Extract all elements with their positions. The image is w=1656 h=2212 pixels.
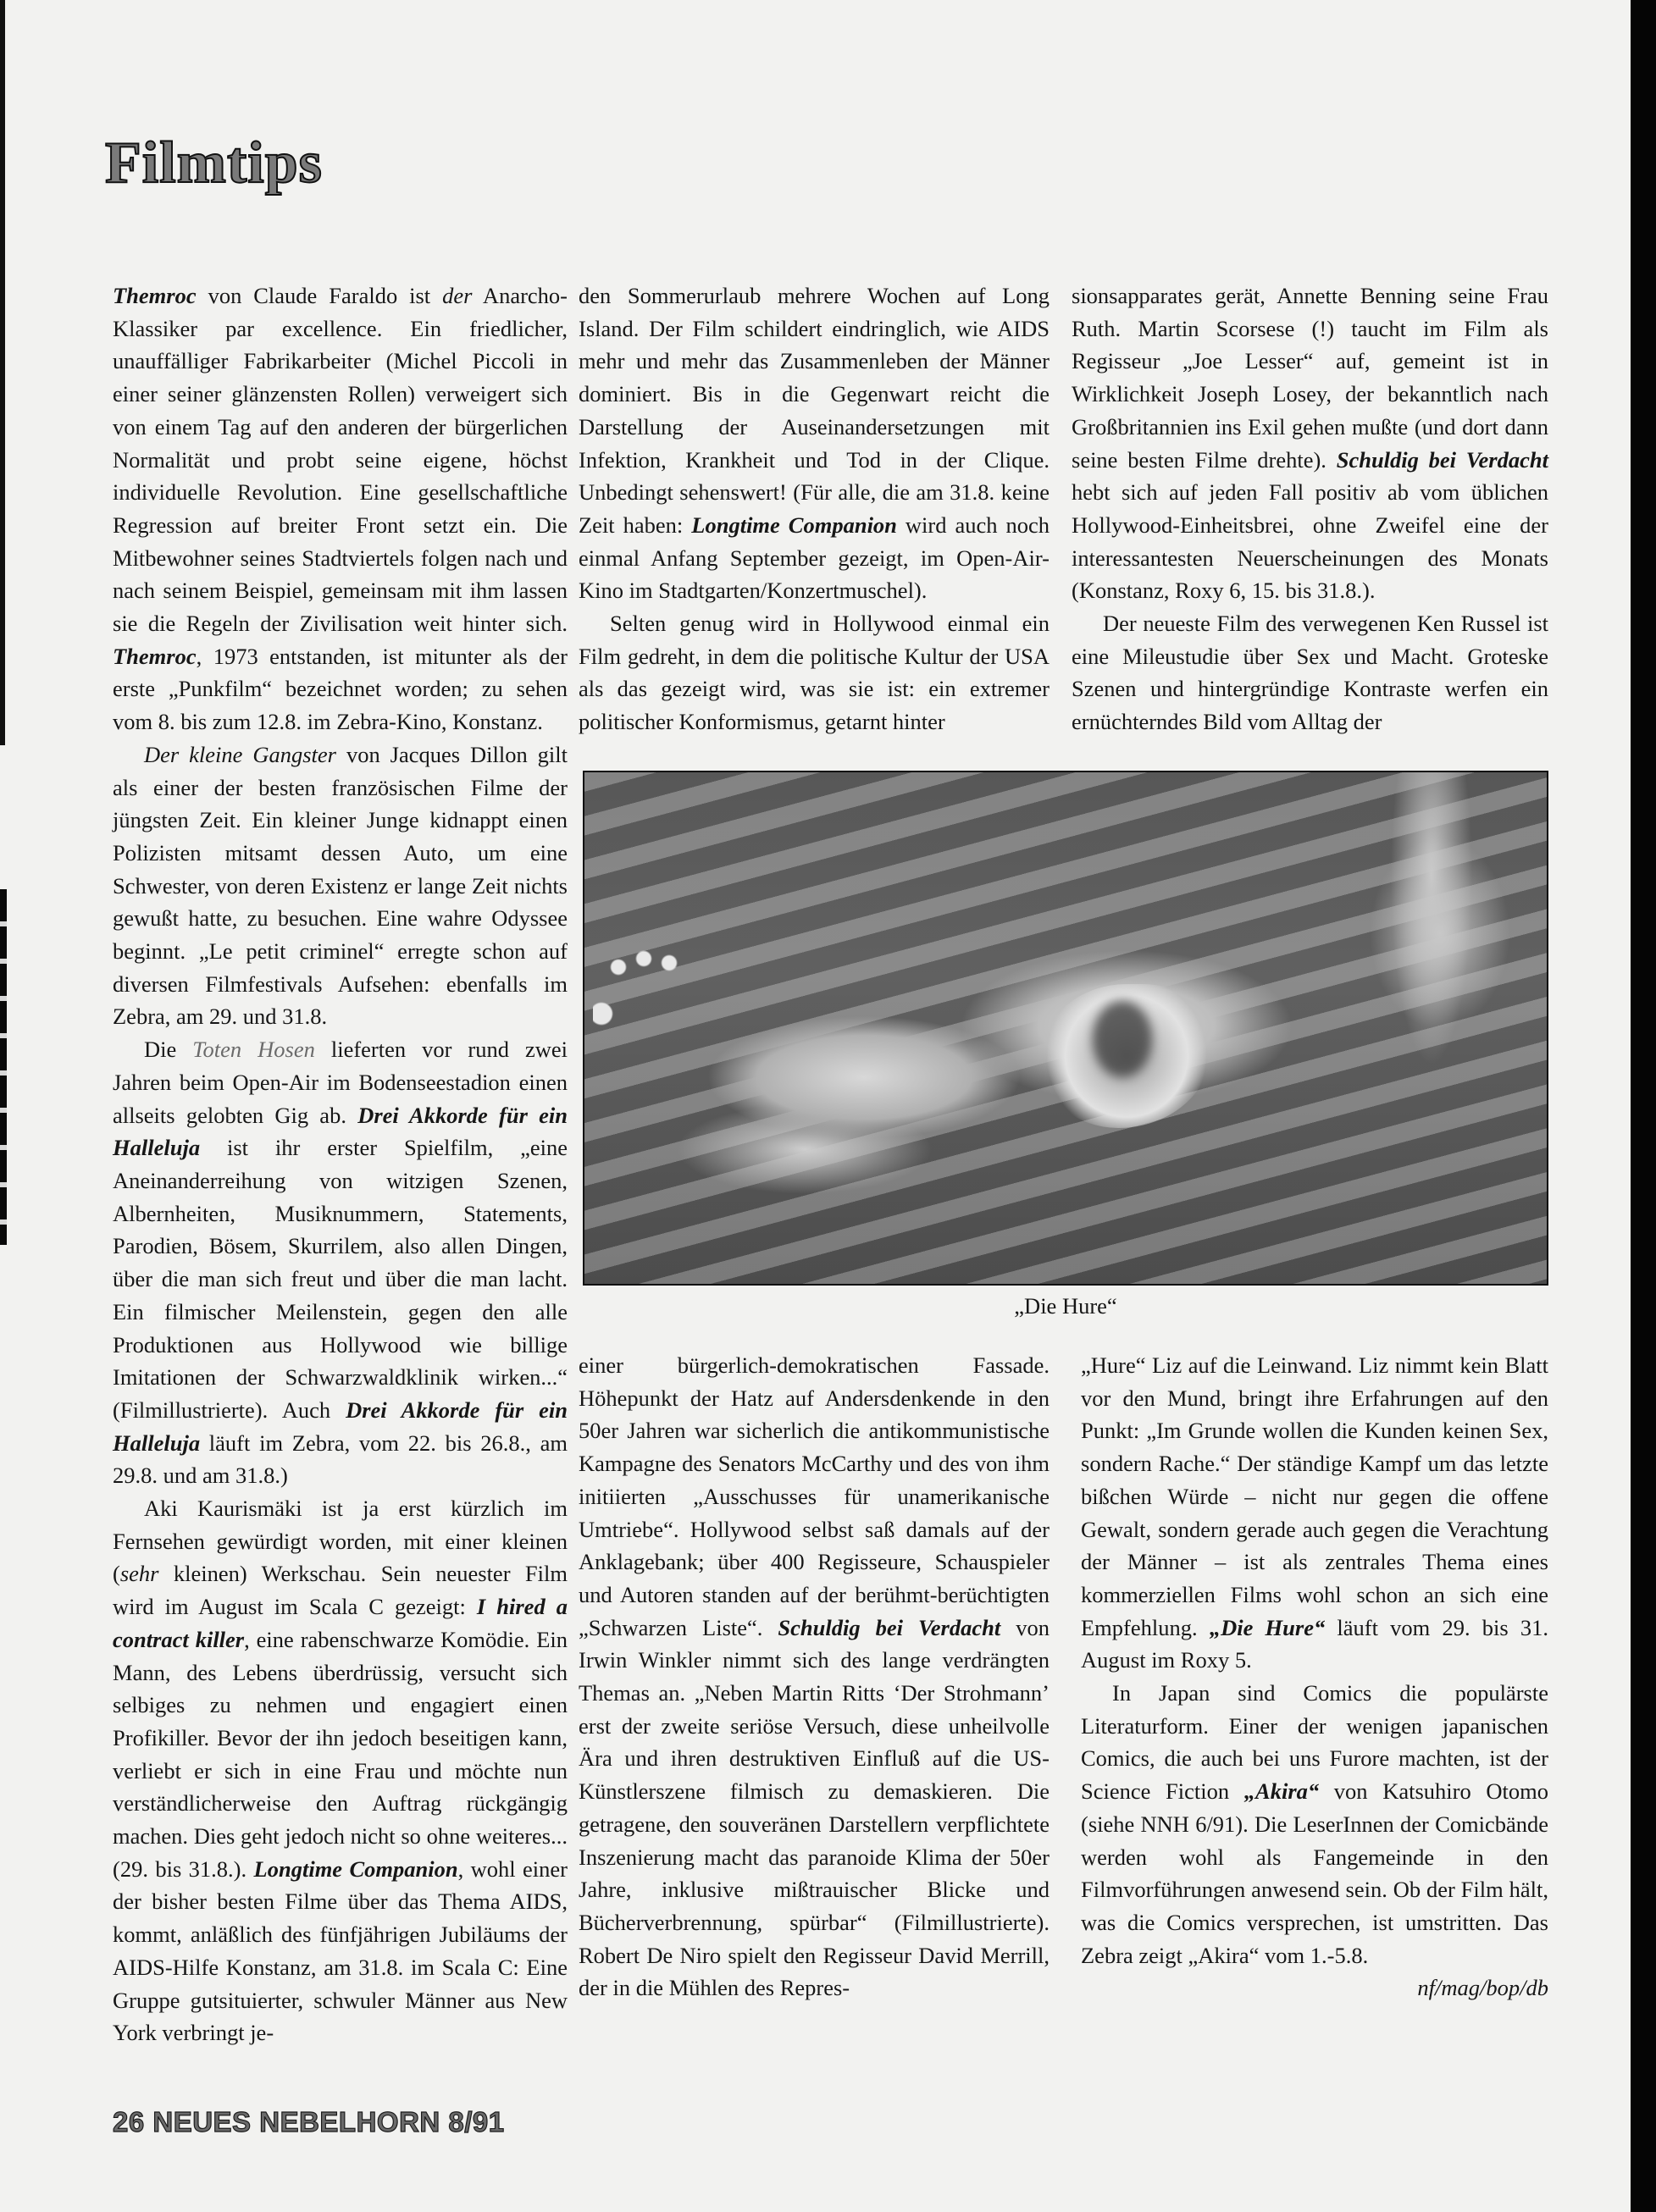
film-title: Themroc [113, 644, 197, 669]
text: von Claude Faraldo ist [197, 283, 443, 308]
film-title: Longtime Companion [691, 512, 897, 538]
scan-border-right [1631, 0, 1656, 2212]
text: „Hure“ Liz auf die Leinwand. Liz nimmt k… [1081, 1352, 1548, 1640]
paragraph-hollywood: Selten genug wird in Hollywood einmal ei… [579, 607, 1050, 738]
page-title: Filmtips [105, 134, 323, 193]
text: von Katsuhiro Otomo (siehe NNH 6/91). Di… [1081, 1778, 1548, 1968]
page-footer: 26 NEUES NEBELHORN 8/91 [113, 2106, 505, 2138]
film-title: Longtime Companion [254, 1856, 458, 1882]
scan-border-left-marks [0, 889, 7, 1245]
text: Der neueste Film des verwegenen Ken Russ… [1072, 611, 1548, 734]
text: einer bürgerlich-demokratischen Fassade.… [579, 1352, 1050, 1640]
film-title: „Akira“ [1244, 1778, 1319, 1804]
paragraph-mccarthy: einer bürgerlich-demokratischen Fassade.… [579, 1349, 1050, 2005]
band-name: Toten Hosen [192, 1037, 315, 1062]
text: , wohl einer der bisher besten Filme übe… [113, 1856, 568, 2046]
film-title: Der kleine Gangster [144, 742, 336, 767]
author-credits: nf/mag/bop/db [1081, 1971, 1548, 2005]
text: Selten genug wird in Hollywood einmal ei… [579, 611, 1050, 734]
text: Die [144, 1037, 192, 1062]
paragraph-kleine-gangster: Der kleine Gangster von Jacques Dillon g… [113, 738, 568, 1033]
text: hebt sich auf jeden Fall positiv ab vom … [1072, 479, 1548, 603]
paragraph-kaurismaki: Aki Kaurismäki ist ja erst kürzlich im F… [113, 1492, 568, 2049]
film-still-photo [583, 771, 1548, 1286]
photo-shadow [1093, 1001, 1152, 1077]
text: , eine rabenschwarze Komödie. Ein Mann, … [113, 1627, 568, 1882]
text: den Sommerurlaub mehrere Wochen auf Long… [579, 283, 1050, 538]
paragraph-schuldig: sionsapparates gerät, Annette Benning se… [1072, 279, 1548, 607]
film-title: Themroc [113, 283, 197, 308]
article-column-2-bottom: einer bürgerlich-demokratischen Fassade.… [579, 1349, 1050, 2005]
emphasis: der [442, 283, 472, 308]
article-column-2-top: den Sommerurlaub mehrere Wochen auf Long… [579, 279, 1050, 738]
paragraph-die-hure: „Hure“ Liz auf die Leinwand. Liz nimmt k… [1081, 1349, 1548, 1677]
text: sionsapparates gerät, Annette Benning se… [1072, 283, 1548, 473]
text: ist ihr erster Spielfilm, „eine Aneinand… [113, 1135, 568, 1423]
photo-highlight [593, 933, 745, 1035]
text: von Jacques Dillon gilt als einer der be… [113, 742, 568, 1030]
film-title: Schuldig bei Verdacht [778, 1615, 1000, 1640]
text: Anarcho-Klassiker par excellence. Ein fr… [113, 283, 568, 636]
emphasis: sehr [120, 1561, 159, 1586]
article-column-1: Themroc von Claude Faraldo ist der Anarc… [113, 279, 568, 2049]
article-column-3-bottom: „Hure“ Liz auf die Leinwand. Liz nimmt k… [1081, 1349, 1548, 2005]
paragraph-longtime-companion: den Sommerurlaub mehrere Wochen auf Long… [579, 279, 1050, 607]
paragraph-themroc: Themroc von Claude Faraldo ist der Anarc… [113, 279, 568, 738]
paragraph-toten-hosen: Die Toten Hosen lieferten vor rund zwei … [113, 1033, 568, 1492]
photo-caption: „Die Hure“ [583, 1291, 1548, 1321]
article-column-3-top: sionsapparates gerät, Annette Benning se… [1072, 279, 1548, 738]
paragraph-ken-russel: Der neueste Film des verwegenen Ken Russ… [1072, 607, 1548, 738]
film-title: Schuldig bei Verdacht [1337, 447, 1548, 473]
film-title: „Die Hure“ [1210, 1615, 1325, 1640]
text: von Irwin Winkler nimmt sich des lange v… [579, 1615, 1050, 2001]
scan-border-left [0, 0, 5, 745]
paragraph-akira: In Japan sind Comics die populärste Lite… [1081, 1677, 1548, 1971]
